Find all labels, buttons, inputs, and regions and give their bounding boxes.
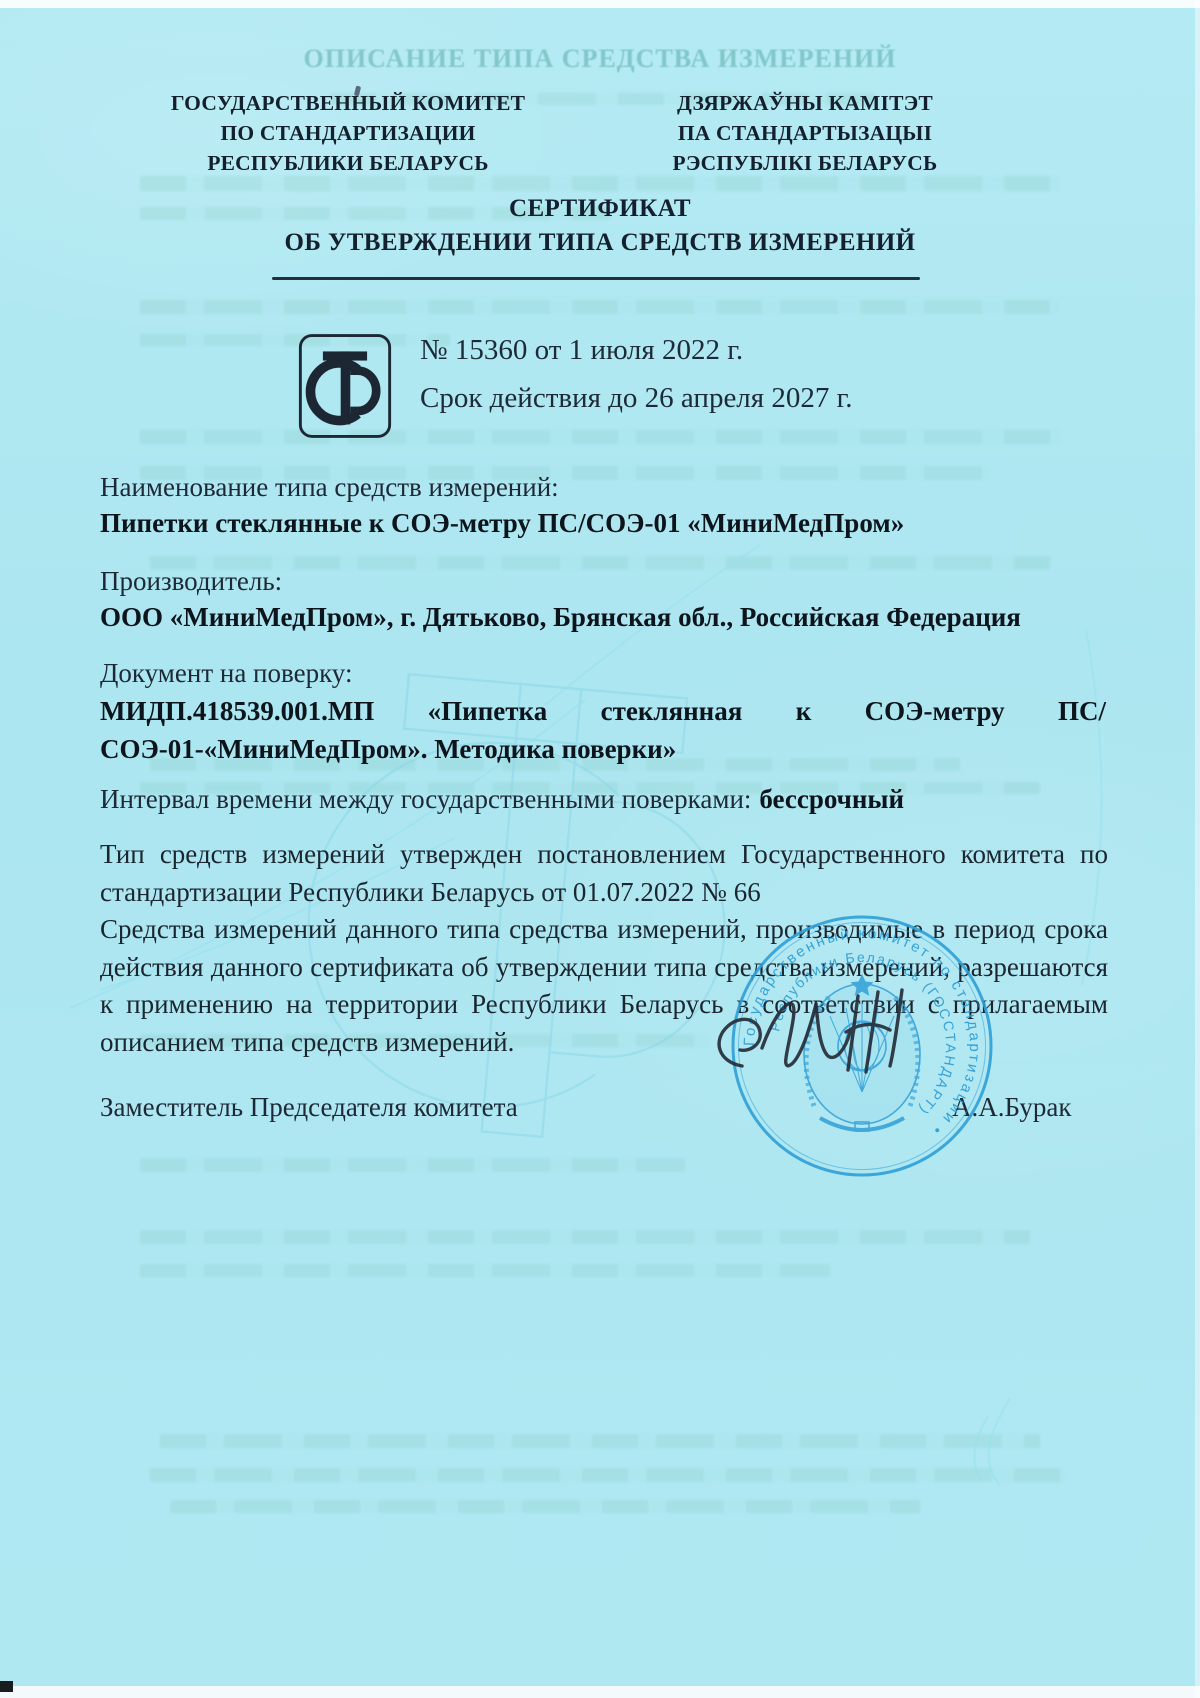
scan-edge-bottom xyxy=(0,1686,1200,1698)
scan-edge-top xyxy=(0,0,1200,8)
handwritten-signature xyxy=(0,0,1200,1698)
scan-corner-mark xyxy=(0,1681,13,1692)
scan-edge-right xyxy=(1195,0,1200,1698)
certificate-scan-page: ОПИСАНИЕ ТИПА СРЕДСТВА ИЗМЕРЕНИЙ xyxy=(0,0,1200,1698)
